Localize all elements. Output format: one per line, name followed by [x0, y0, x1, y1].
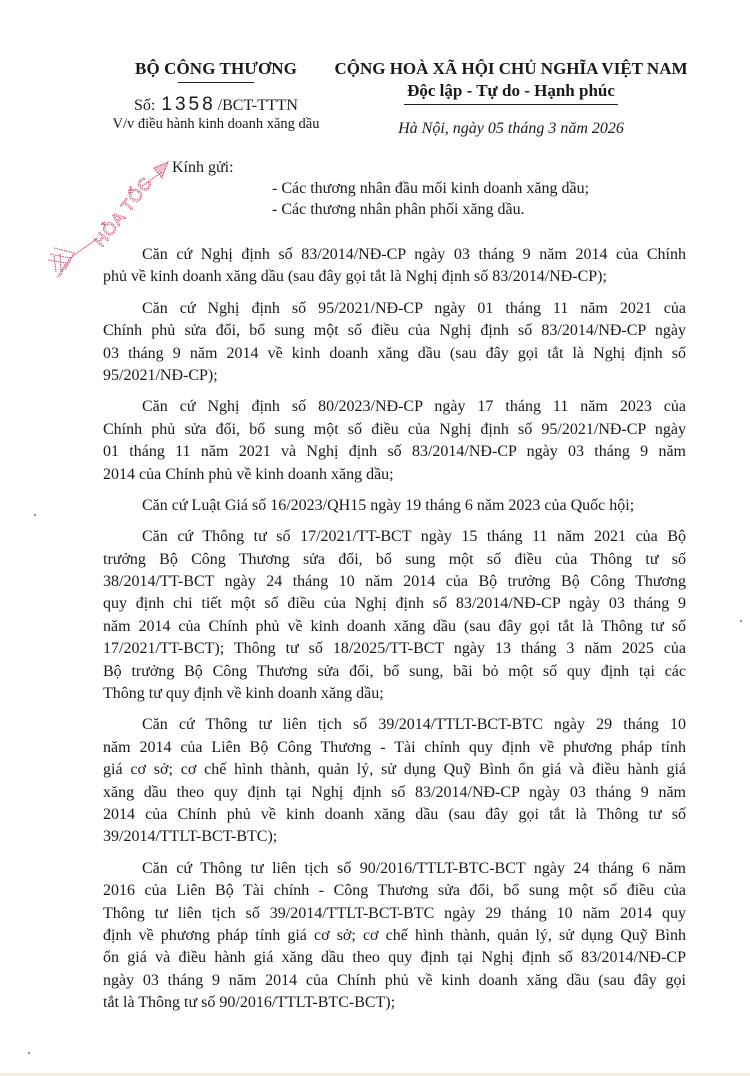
body-paragraph: Căn cứ Thông tư liên tịch số 39/2014/TTL… — [103, 714, 686, 848]
place-date: Hà Nội, ngày 05 tháng 3 năm 2026 — [332, 119, 690, 139]
scan-speck — [28, 1052, 30, 1054]
doc-number-prefix: Số: — [134, 97, 155, 114]
recipient-item: - Các thương nhân phân phối xăng dầu. — [272, 199, 589, 220]
agency-name: BỘ CÔNG THƯƠNG — [100, 58, 332, 80]
body-paragraph: Căn cứ Thông tư liên tịch số 90/2016/TTL… — [103, 858, 686, 1015]
document-number: Số:1358/BCT-TTTN — [100, 95, 332, 115]
paragraph-line: Căn cứ Nghị định số 83/2014/NĐ-CP ngày 0… — [103, 244, 686, 266]
paragraph-line: Căn cứ Luật Giá số 16/2023/QH15 ngày 19 … — [103, 495, 686, 517]
body-paragraph: Căn cứ Luật Giá số 16/2023/QH15 ngày 19 … — [103, 495, 686, 517]
scan-speck — [740, 620, 742, 622]
paragraph-line: 01 tháng 11 năm 2021 và Nghị định số 83/… — [103, 441, 686, 463]
paragraph-line: ổn giá và điều hành giá xăng dầu theo qu… — [103, 947, 686, 969]
document-body: Căn cứ Nghị định số 83/2014/NĐ-CP ngày 0… — [103, 244, 686, 1024]
paragraph-line: quy định chi tiết một số điều của Nghị đ… — [103, 593, 686, 615]
body-paragraph: Căn cứ Nghị định số 83/2014/NĐ-CP ngày 0… — [103, 244, 686, 289]
paragraph-line: 39/2014/TTLT-BCT-BTC); — [103, 826, 686, 848]
header-issuer: BỘ CÔNG THƯƠNG Số:1358/BCT-TTTN V/v điều… — [100, 58, 332, 133]
paragraph-line: tắt là Thông tư số 90/2016/TTLT-BTC-BCT)… — [103, 992, 686, 1014]
paragraph-line: trưởng Bộ Công Thương sửa đổi, bổ sung m… — [103, 549, 686, 571]
paragraph-line: Thông tư liên tịch số 39/2014/TTLT-BCT-B… — [103, 903, 686, 925]
document-subject: V/v điều hành kinh doanh xăng dầu — [100, 115, 332, 133]
paragraph-line: ngày 03 tháng 9 năm 2014 của Chính phủ v… — [103, 970, 686, 992]
doc-number-value: 1358 — [161, 94, 215, 115]
motto-underline — [404, 104, 618, 105]
paragraph-line: Chính phủ sửa đổi, bổ sung một số điều c… — [103, 419, 686, 441]
paragraph-line: Căn cứ Thông tư liên tịch số 90/2016/TTL… — [103, 858, 686, 880]
document-page: BỘ CÔNG THƯƠNG Số:1358/BCT-TTTN V/v điều… — [0, 0, 750, 1076]
recipient-item: - Các thương nhân đầu mối kinh doanh xăn… — [272, 178, 589, 199]
recipient-list: - Các thương nhân đầu mối kinh doanh xăn… — [272, 178, 589, 220]
paragraph-line: 38/2014/TT-BCT ngày 24 tháng 10 năm 2014… — [103, 571, 686, 593]
paragraph-line: 95/2021/NĐ-CP); — [103, 365, 686, 387]
paragraph-line: 2016 của Liên Bộ Tài chính - Công Thương… — [103, 880, 686, 902]
paragraph-line: xăng dầu theo quy định tại Nghị định số … — [103, 782, 686, 804]
scan-speck — [34, 514, 36, 516]
salutation: Kính gửi: — [172, 158, 234, 178]
svg-text:HỎA TỐC: HỎA TỐC — [89, 173, 156, 251]
body-paragraph: Căn cứ Nghị định số 95/2021/NĐ-CP ngày 0… — [103, 298, 686, 388]
paragraph-line: Thông tư quy định về kinh doanh xăng dầu… — [103, 683, 686, 705]
paragraph-line: Căn cứ Nghị định số 80/2023/NĐ-CP ngày 1… — [103, 396, 686, 418]
paragraph-line: định về phương pháp tính giá cơ sở; cơ c… — [103, 925, 686, 947]
nation-name: CỘNG HOÀ XÃ HỘI CHỦ NGHĨA VIỆT NAM — [332, 58, 690, 80]
paragraph-line: năm 2014 của Chính phủ về kinh doanh xăn… — [103, 616, 686, 638]
agency-underline — [178, 82, 254, 83]
body-paragraph: Căn cứ Thông tư số 17/2021/TT-BCT ngày 1… — [103, 526, 686, 705]
national-motto: Độc lập - Tự do - Hạnh phúc — [332, 80, 690, 101]
body-paragraph: Căn cứ Nghị định số 80/2023/NĐ-CP ngày 1… — [103, 396, 686, 486]
paragraph-line: Căn cứ Thông tư số 17/2021/TT-BCT ngày 1… — [103, 526, 686, 548]
paragraph-line: Căn cứ Nghị định số 95/2021/NĐ-CP ngày 0… — [103, 298, 686, 320]
paragraph-line: Chính phủ sửa đổi, bổ sung một số điều c… — [103, 320, 686, 342]
header-nation: CỘNG HOÀ XÃ HỘI CHỦ NGHĨA VIỆT NAM Độc l… — [332, 58, 690, 139]
paragraph-line: năm 2014 của Liên Bộ Công Thương - Tài c… — [103, 737, 686, 759]
paragraph-line: giá cơ sở; cơ chế hình thành, quản lý, s… — [103, 759, 686, 781]
paragraph-line: Bộ trưởng Bộ Công Thương sửa đổi, bổ sun… — [103, 661, 686, 683]
paragraph-line: 2014 của Chính phủ về kinh doanh xăng dầ… — [103, 464, 686, 486]
doc-number-suffix: /BCT-TTTN — [218, 97, 298, 114]
paragraph-line: phủ về kinh doanh xăng dầu (sau đây gọi … — [103, 266, 686, 288]
paragraph-line: 2014 của Chính phủ về kinh doanh xăng dầ… — [103, 804, 686, 826]
paragraph-line: 17/2021/TT-BCT); Thông tư số 18/2025/TT-… — [103, 638, 686, 660]
paragraph-line: Căn cứ Thông tư liên tịch số 39/2014/TTL… — [103, 714, 686, 736]
paragraph-line: 03 tháng 9 năm 2014 về kinh doanh xăng d… — [103, 343, 686, 365]
